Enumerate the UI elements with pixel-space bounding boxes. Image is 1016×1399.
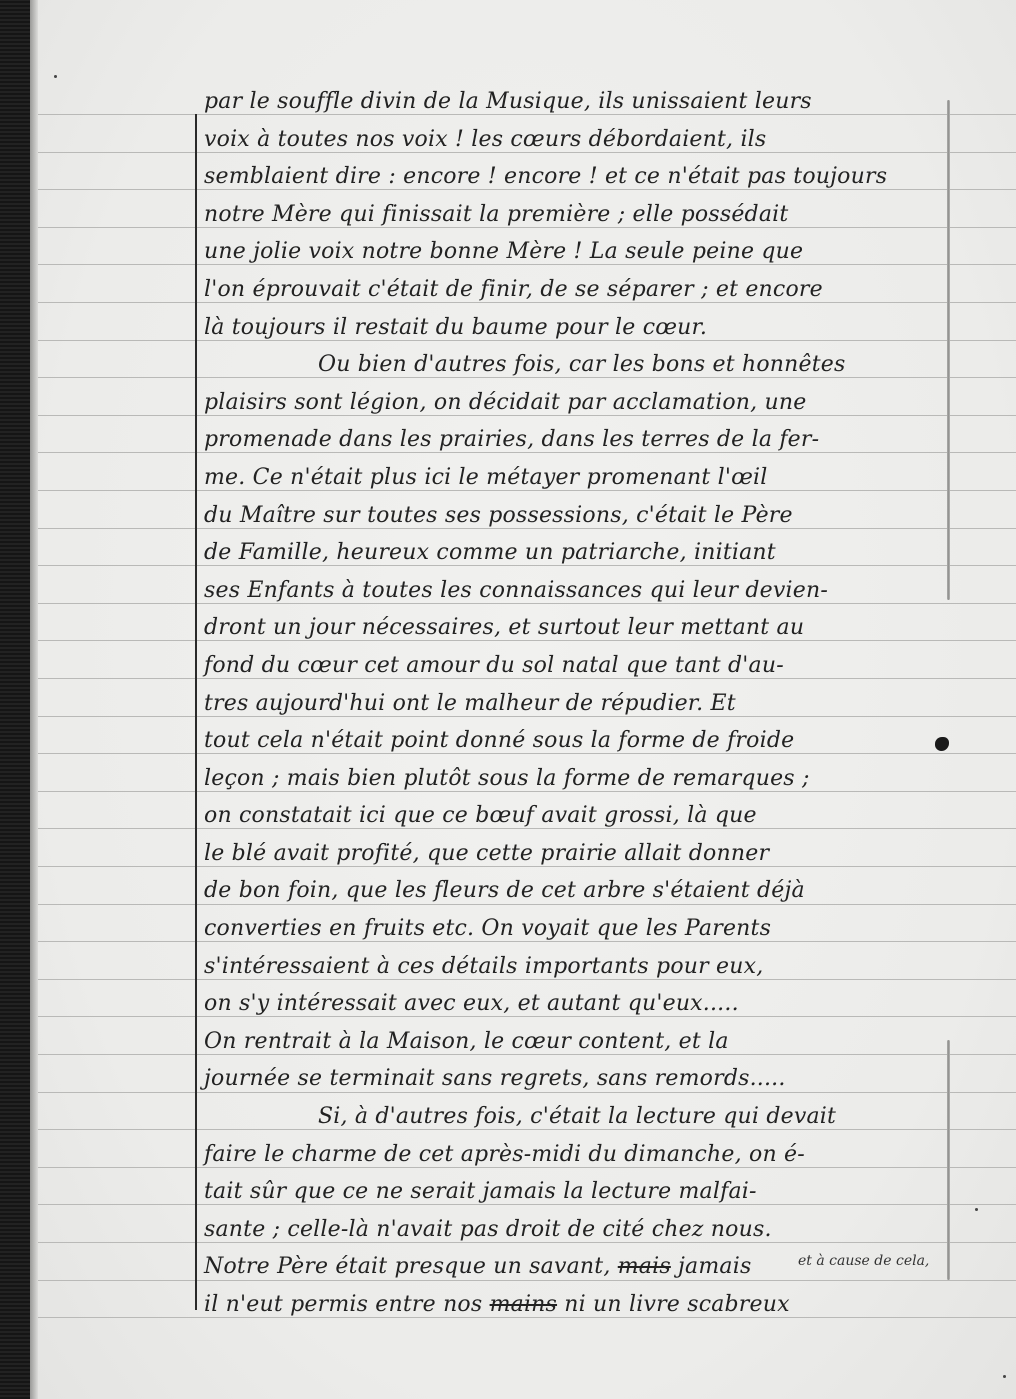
manuscript-line: tout cela n'était point donné sous la fo… [198, 722, 958, 760]
manuscript-line: faire le charme de cet après-midi du dim… [198, 1136, 958, 1174]
manuscript-line: on s'y intéressait avec eux, et autant q… [198, 985, 958, 1023]
line-text: plaisirs sont légion, on décidait par ac… [204, 390, 806, 415]
manuscript-line: promenade dans les prairies, dans les te… [198, 421, 958, 459]
line-text: me. Ce n'était plus ici le métayer prome… [204, 465, 768, 490]
line-text: une jolie voix notre bonne Mère ! La seu… [204, 239, 803, 264]
manuscript-line: tait sûr que ce ne serait jamais la lect… [198, 1173, 958, 1211]
struck-word: mains [490, 1292, 557, 1317]
manuscript-line: on constatait ici que ce bœuf avait gros… [198, 797, 958, 835]
line-text: tout cela n'était point donné sous la fo… [204, 728, 794, 753]
manuscript-line: une jolie voix notre bonne Mère ! La seu… [198, 233, 958, 271]
manuscript-line: Ou bien d'autres fois, car les bons et h… [198, 346, 958, 384]
handwritten-text: par le souffle divin de la Musique, ils … [198, 83, 958, 1324]
line-text: Notre Père était presque un savant, [204, 1254, 618, 1279]
line-text: par le souffle divin de la Musique, ils … [204, 89, 812, 114]
struck-word: mais [618, 1254, 671, 1279]
manuscript-page: par le souffle divin de la Musique, ils … [38, 0, 1016, 1399]
line-text: on constatait ici que ce bœuf avait gros… [204, 803, 757, 828]
line-text: il n'eut permis entre nos [204, 1292, 490, 1317]
manuscript-line: voix à toutes nos voix ! les cœurs débor… [198, 121, 958, 159]
line-text: Ou bien d'autres fois, car les bons et h… [318, 352, 846, 377]
manuscript-line: converties en fruits etc. On voyait que … [198, 910, 958, 948]
line-text: journée se terminait sans regrets, sans … [204, 1066, 786, 1091]
manuscript-line: sante ; celle-là n'avait pas droit de ci… [198, 1211, 958, 1249]
line-text: de bon foin, que les fleurs de cet arbre… [204, 878, 805, 903]
line-text: promenade dans les prairies, dans les te… [204, 427, 819, 452]
line-text: tres aujourd'hui ont le malheur de répud… [204, 691, 736, 716]
line-text: là toujours il restait du baume pour le … [204, 315, 707, 340]
line-text: dront un jour nécessaires, et surtout le… [204, 615, 804, 640]
manuscript-line: il n'eut permis entre nos mains ni un li… [198, 1286, 958, 1324]
line-text: converties en fruits etc. On voyait que … [204, 916, 771, 941]
line-text: sante ; celle-là n'avait pas droit de ci… [204, 1217, 772, 1242]
manuscript-line: leçon ; mais bien plutôt sous la forme d… [198, 760, 958, 798]
manuscript-line: me. Ce n'était plus ici le métayer prome… [198, 459, 958, 497]
line-text: fond du cœur cet amour du sol natal que … [204, 653, 784, 678]
line-text: le blé avait profité, que cette prairie … [204, 841, 769, 866]
line-text: On rentrait à la Maison, le cœur content… [204, 1029, 729, 1054]
manuscript-line: Si, à d'autres fois, c'était la lecture … [198, 1098, 958, 1136]
manuscript-line: du Maître sur toutes ses possessions, c'… [198, 497, 958, 535]
line-text: l'on éprouvait c'était de finir, de se s… [204, 277, 823, 302]
line-text: on s'y intéressait avec eux, et autant q… [204, 991, 739, 1016]
manuscript-line: notre Mère qui finissait la première ; e… [198, 196, 958, 234]
line-text-continued: jamais [671, 1254, 752, 1279]
line-text: notre Mère qui finissait la première ; e… [204, 202, 788, 227]
manuscript-line: semblaient dire : encore ! encore ! et c… [198, 158, 958, 196]
binding-edge [30, 0, 38, 1399]
manuscript-line: de Famille, heureux comme un patriarche,… [198, 534, 958, 572]
manuscript-line: tres aujourd'hui ont le malheur de répud… [198, 685, 958, 723]
line-text: du Maître sur toutes ses possessions, c'… [204, 503, 793, 528]
manuscript-line: dront un jour nécessaires, et surtout le… [198, 609, 958, 647]
manuscript-line: s'intéressaient à ces détails importants… [198, 948, 958, 986]
paper-speck [975, 1208, 978, 1211]
book-binding [0, 0, 30, 1399]
line-text: leçon ; mais bien plutôt sous la forme d… [204, 766, 810, 791]
line-text: ses Enfants à toutes les connaissances q… [204, 578, 828, 603]
manuscript-line: le blé avait profité, que cette prairie … [198, 835, 958, 873]
manuscript-line: là toujours il restait du baume pour le … [198, 309, 958, 347]
manuscript-line: journée se terminait sans regrets, sans … [198, 1060, 958, 1098]
line-text: semblaient dire : encore ! encore ! et c… [204, 164, 887, 189]
margin-rule [195, 114, 197, 1310]
manuscript-line: fond du cœur cet amour du sol natal que … [198, 647, 958, 685]
interlinear-insertion: et à cause de cela, [798, 1253, 929, 1269]
manuscript-line: par le souffle divin de la Musique, ils … [198, 83, 958, 121]
line-text-continued: ni un livre scabreux [557, 1292, 790, 1317]
paper-speck [54, 75, 57, 78]
manuscript-line: ses Enfants à toutes les connaissances q… [198, 572, 958, 610]
paper-speck [1003, 1375, 1006, 1378]
manuscript-line: de bon foin, que les fleurs de cet arbre… [198, 872, 958, 910]
line-text: de Famille, heureux comme un patriarche,… [204, 540, 776, 565]
manuscript-line: plaisirs sont légion, on décidait par ac… [198, 384, 958, 422]
line-text: Si, à d'autres fois, c'était la lecture … [318, 1104, 836, 1129]
line-text: tait sûr que ce ne serait jamais la lect… [204, 1179, 757, 1204]
manuscript-line: l'on éprouvait c'était de finir, de se s… [198, 271, 958, 309]
line-text: voix à toutes nos voix ! les cœurs débor… [204, 127, 766, 152]
line-text: s'intéressaient à ces détails importants… [204, 954, 763, 979]
manuscript-line: On rentrait à la Maison, le cœur content… [198, 1023, 958, 1061]
line-text: faire le charme de cet après-midi du dim… [204, 1142, 805, 1167]
